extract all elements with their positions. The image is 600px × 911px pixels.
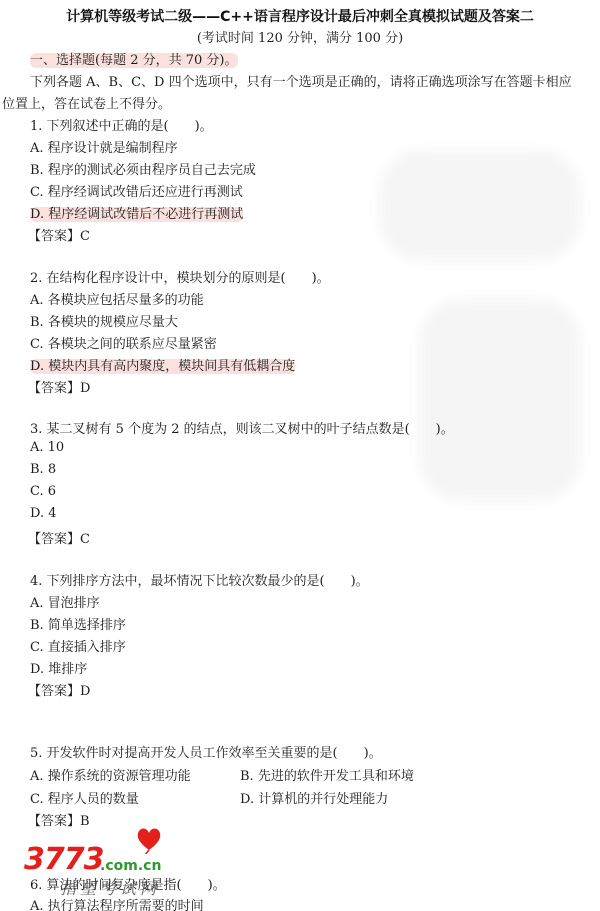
section-heading-text: 一、选择题(每题 2 分，共 70 分)。	[30, 53, 238, 68]
question-1-option-a: A. 程序设计就是编制程序	[30, 137, 178, 156]
question-2-stem: 2. 在结构化程序设计中，模块划分的原则是( )。	[30, 267, 330, 286]
exam-info: (考试时间 120 分钟，满分 100 分)	[0, 27, 600, 46]
question-3-option-c: C. 6	[30, 484, 56, 499]
question-2-option-b: B. 各模块的规模应尽量大	[30, 311, 178, 330]
question-4-option-c: C. 直接插入排序	[30, 636, 126, 655]
question-5-option-d: D. 计算机的并行处理能力	[240, 788, 388, 807]
question-5-option-b: B. 先进的软件开发工具和环境	[240, 765, 414, 784]
heart-icon	[134, 824, 164, 854]
question-1-option-b: B. 程序的测试必须由程序员自己去完成	[30, 159, 256, 178]
question-4-option-a: A. 冒泡排序	[30, 592, 100, 611]
question-2-option-a: A. 各模块应包括尽量多的功能	[30, 289, 204, 308]
instructions-line-2: 位置上，答在试卷上不得分。	[2, 93, 171, 112]
question-1-option-d: D. 程序经调试改错后不必进行再测试	[30, 203, 243, 222]
question-3-stem: 3. 某二叉树有 5 个度为 2 的结点，则该二叉树中的叶子结点数是( )。	[30, 418, 454, 437]
question-2-option-d-text: D. 模块内具有高内聚度，模块间具有低耦合度	[30, 359, 295, 374]
watermark-domain: .com.cn	[100, 858, 161, 874]
question-3-answer: 【答案】C	[28, 528, 90, 547]
question-3-option-d: D. 4	[30, 506, 57, 521]
instructions-line-1: 下列各题 A、B、C、D 四个选项中，只有一个选项是正确的，请将正确选项涂写在答…	[30, 71, 572, 90]
question-4-option-b: B. 简单选择排序	[30, 614, 126, 633]
question-4-answer: 【答案】D	[28, 680, 90, 699]
question-5-answer: 【答案】B	[28, 810, 90, 829]
scan-smudge	[380, 150, 580, 260]
watermark-site-name: 指望考试网	[60, 876, 160, 899]
question-2-answer: 【答案】D	[28, 377, 90, 396]
exam-page: 计算机等级考试二级——C++语言程序设计最后冲刺全真模拟试题及答案二 (考试时间…	[0, 0, 600, 911]
section-heading: 一、选择题(每题 2 分，共 70 分)。	[30, 49, 238, 68]
question-5-option-a: A. 操作系统的资源管理功能	[30, 765, 191, 784]
question-3-option-b: B. 8	[30, 462, 56, 477]
scan-smudge	[420, 300, 580, 500]
question-4-option-d: D. 堆排序	[30, 658, 87, 677]
watermark-number: 3773	[24, 842, 104, 877]
question-1-option-d-text: D. 程序经调试改错后不必进行再测试	[30, 207, 243, 222]
question-2-option-d: D. 模块内具有高内聚度，模块间具有低耦合度	[30, 355, 295, 374]
question-1-option-c: C. 程序经调试改错后还应进行再测试	[30, 181, 243, 200]
question-5-stem: 5. 开发软件时对提高开发人员工作效率至关重要的是( )。	[30, 742, 382, 761]
question-2-option-c: C. 各模块之间的联系应尽量紧密	[30, 333, 217, 352]
document-title: 计算机等级考试二级——C++语言程序设计最后冲刺全真模拟试题及答案二	[0, 6, 600, 26]
question-4-stem: 4. 下列排序方法中，最坏情况下比较次数最少的是( )。	[30, 570, 369, 589]
question-3-option-a: A. 10	[30, 440, 64, 455]
question-5-option-c: C. 程序人员的数量	[30, 788, 139, 807]
question-1-stem: 1. 下列叙述中正确的是( )。	[30, 115, 213, 134]
question-1-answer: 【答案】C	[28, 225, 90, 244]
